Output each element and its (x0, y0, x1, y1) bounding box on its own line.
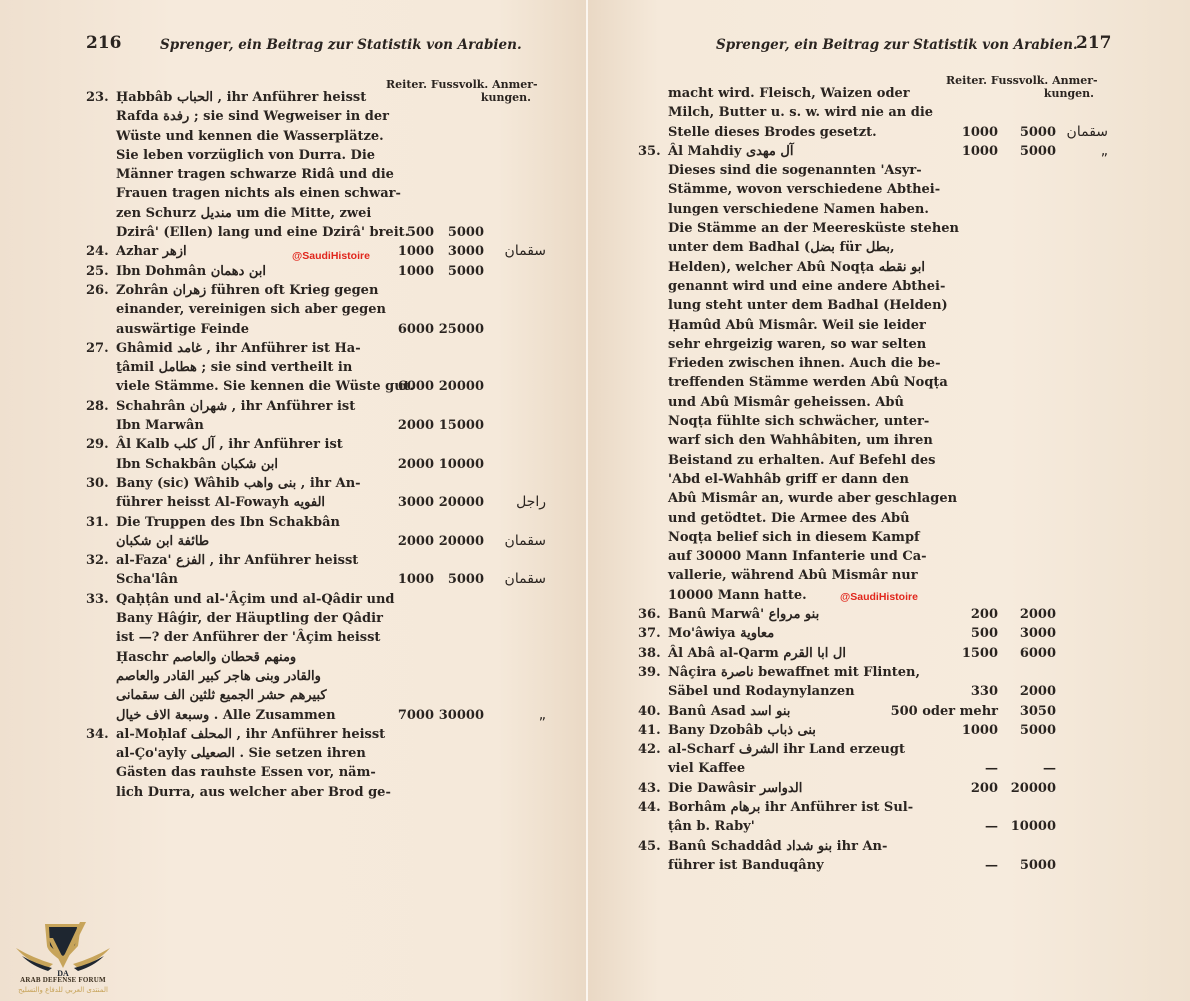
entry-line: Stelle dieses Brodes gesetzt.10005000سقم… (638, 123, 1108, 142)
fussvolk-value: 20000 (439, 532, 484, 551)
entry-line: führer heisst Al-Fowayh الفويه300020000ر… (86, 493, 546, 512)
tribe-entry: 36.Banû Marwâ' بنو مرواع2002000 (638, 605, 1108, 624)
entry-line: 'Abd el-Wahhâb griff er dann den (638, 470, 1108, 489)
anmerkung-value: „ (539, 706, 546, 725)
fussvolk-value: 5000 (1020, 721, 1056, 740)
entry-text: führer heisst Al-Fowayh الفويه (116, 493, 325, 512)
entry-text: al-Scharf الشرف ihr Land erzeugt (668, 740, 905, 759)
tribe-entry: 28.Schahrân شهران , ihr Anführer istIbn … (86, 397, 546, 436)
entry-text: lung steht unter dem Badhal (Helden) (668, 296, 948, 315)
entry-text: und Abû Mismâr geheissen. Abû (668, 393, 904, 412)
tribe-entry: 40.Banû Asad بنو اسد500 oder mehr3050 (638, 702, 1108, 721)
entry-text: Ḥabbâb الحباب , ihr Anführer heisst (116, 88, 366, 107)
entry-line: Scha'lân10005000سقمان (86, 570, 546, 589)
entry-line: 35.Âl Mahdiy آل مهدى10005000„ (638, 142, 1108, 161)
entry-text: lungen verschiedene Namen haben. (668, 200, 929, 219)
entry-number: 40. (638, 702, 666, 721)
entry-number: 29. (86, 435, 114, 454)
entry-text: Mo'âwiya معاوية (668, 624, 774, 643)
entry-line: führer ist Banduqâny—5000 (638, 856, 1108, 875)
entry-text: Dzirâ' (Ellen) lang und eine Dzirâ' brei… (116, 223, 409, 242)
entry-text: والقادر وبنى هاجر كبير القادر والعاصم (116, 667, 321, 686)
tribe-entry: 41.Bany Dzobâb بنى ذباب10005000 (638, 721, 1108, 740)
tribe-entry: 23.Ḥabbâb الحباب , ihr Anführer heisstRa… (86, 88, 546, 242)
fussvolk-value: 6000 (1020, 644, 1056, 663)
fussvolk-value: 3000 (1020, 624, 1056, 643)
entry-line: 40.Banû Asad بنو اسد500 oder mehr3050 (638, 702, 1108, 721)
shield-wings-icon: DA (8, 918, 118, 978)
entry-text: Helden), welcher Abû Noqṭa ابو نقطه (668, 258, 925, 277)
entry-text: genannt wird und eine andere Abthei- (668, 277, 945, 296)
tribe-entry: 29.Âl Kalb آل كلب , ihr Anführer istIbn … (86, 435, 546, 474)
entry-text: Männer tragen schwarze Ridâ und die (116, 165, 394, 184)
entry-line: Beistand zu erhalten. Auf Befehl des (638, 451, 1108, 470)
entry-line: Säbel und Rodaynylanzen3302000 (638, 682, 1108, 701)
tribe-entry: 39.Nâçira ناصرة bewaffnet mit Flinten,Sä… (638, 663, 1108, 702)
entry-line: 44.Borhâm برهام ihr Anführer ist Sul- (638, 798, 1108, 817)
entry-line: Stämme, wovon verschiedene Abthei- (638, 180, 1108, 199)
fussvolk-value: 3050 (1020, 702, 1056, 721)
entry-line: warf sich den Wahhâbiten, um ihren (638, 431, 1108, 450)
tribe-entry: 42.al-Scharf الشرف ihr Land erzeugtviel … (638, 740, 1108, 779)
anmerkung-value: سقمان (505, 570, 546, 589)
entry-text: Stämme, wovon verschiedene Abthei- (668, 180, 940, 199)
reiter-value: 1000 (962, 123, 998, 142)
entry-text: sehr ehrgeizig waren, so war selten (668, 335, 926, 354)
entry-line: ṭân b. Raby'—10000 (638, 817, 1108, 836)
reiter-value: 6000 (398, 320, 434, 339)
entry-number: 39. (638, 663, 666, 682)
entry-line: auswärtige Feinde600025000 (86, 320, 546, 339)
entry-number: 42. (638, 740, 666, 759)
fussvolk-value: 5000 (1020, 123, 1056, 142)
entry-line: 31.Die Truppen des Ibn Schakbân (86, 513, 546, 532)
fussvolk-value: 10000 (439, 455, 484, 474)
fussvolk-value: 25000 (439, 320, 484, 339)
entry-line: 45.Banû Schaddâd بنو شداد ihr An- (638, 837, 1108, 856)
entry-line: 36.Banû Marwâ' بنو مرواع2002000 (638, 605, 1108, 624)
entry-text: und getödtet. Die Armee des Abû (668, 509, 910, 528)
entry-line: al-Ço'ayly الصعيلى . Sie setzen ihren (86, 744, 546, 763)
entry-text: Âl Abâ al-Qarm ال ابا القرم (668, 644, 846, 663)
entry-number: 28. (86, 397, 114, 416)
tribe-list: 23.Ḥabbâb الحباب , ihr Anführer heisstRa… (86, 88, 546, 802)
entry-text: Stelle dieses Brodes gesetzt. (668, 123, 877, 142)
entry-text: Schahrân شهران , ihr Anführer ist (116, 397, 355, 416)
reiter-value: 7000 (398, 706, 434, 725)
entry-text: Ghâmid غامد , ihr Anführer ist Ha- (116, 339, 361, 358)
entry-line: lungen verschiedene Namen haben. (638, 200, 1108, 219)
entry-line: und getödtet. Die Armee des Abû (638, 509, 1108, 528)
entry-text: zen Schurz منديل um die Mitte, zwei (116, 204, 371, 223)
entry-line: viel Kaffee—— (638, 759, 1108, 778)
tribe-entry: 31.Die Truppen des Ibn Schakbânطائفة ابن… (86, 513, 546, 552)
entry-text: Noqṭa belief sich in diesem Kampf (668, 528, 920, 547)
entry-text: treffenden Stämme werden Abû Noqṭa (668, 373, 948, 392)
entry-text: Die Truppen des Ibn Schakbân (116, 513, 340, 532)
fussvolk-value: 3000 (448, 242, 484, 261)
entry-number: 26. (86, 281, 114, 300)
entry-line: auf 30000 Mann Infanterie und Ca- (638, 547, 1108, 566)
tribe-entry: macht wird. Fleisch, Waizen oderMilch, B… (638, 84, 1108, 142)
entry-line: Ibn Marwân200015000 (86, 416, 546, 435)
reiter-value: 330 (971, 682, 998, 701)
entry-text: vallerie, während Abû Mismâr nur (668, 566, 918, 585)
entry-line: Wüste und kennen die Wasserplätze. (86, 127, 546, 146)
reiter-value: — (985, 817, 998, 836)
entry-text: al-Ço'ayly الصعيلى . Sie setzen ihren (116, 744, 366, 763)
entry-line: lich Durra, aus welcher aber Brod ge- (86, 783, 546, 802)
entry-line: والقادر وبنى هاجر كبير القادر والعاصم (86, 667, 546, 686)
entry-number: 43. (638, 779, 666, 798)
fussvolk-value: 2000 (1020, 682, 1056, 701)
entry-line: Rafda رفدة ; sie sind Wegweiser in der (86, 107, 546, 126)
entry-text: Beistand zu erhalten. Auf Befehl des (668, 451, 935, 470)
entry-line: sehr ehrgeizig waren, so war selten (638, 335, 1108, 354)
tribe-entry: 32.al-Faza' الفزع , ihr Anführer heisstS… (86, 551, 546, 590)
entry-line: 38.Âl Abâ al-Qarm ال ابا القرم15006000 (638, 644, 1108, 663)
reiter-value: 1000 (398, 262, 434, 281)
entry-text: ist —? der Anführer der 'Âçim heisst (116, 628, 380, 647)
tribe-entry: 26.Zohrân زهران führen oft Krieg gegenei… (86, 281, 546, 339)
entry-number: 25. (86, 262, 114, 281)
entry-text: Frauen tragen nichts als einen schwar- (116, 184, 401, 203)
entry-line: 25.Ibn Dohmân ابن دهمان10005000 (86, 262, 546, 281)
tribe-entry: 30.Bany (sic) Wâhib بنى واهب , ihr An-fü… (86, 474, 546, 513)
entry-line: طائفة ابن شكبان200020000سقمان (86, 532, 546, 551)
tribe-list: macht wird. Fleisch, Waizen oderMilch, B… (638, 84, 1108, 875)
entry-number: 41. (638, 721, 666, 740)
entry-text: lich Durra, aus welcher aber Brod ge- (116, 783, 391, 802)
reiter-value: 1500 (962, 644, 998, 663)
entry-line: ṯâmil هطامل ; sie sind vertheilt in (86, 358, 546, 377)
entry-text: führer ist Banduqâny (668, 856, 824, 875)
reiter-value: 200 (971, 605, 998, 624)
tribe-entry: 34.al-Moḥlaf المحلف , ihr Anführer heiss… (86, 725, 546, 802)
entry-line: Frieden zwischen ihnen. Auch die be- (638, 354, 1108, 373)
entry-text: Azhar ازهر (116, 242, 187, 261)
entry-text: Wüste und kennen die Wasserplätze. (116, 127, 384, 146)
entry-text: Milch, Butter u. s. w. wird nie an die (668, 103, 933, 122)
entry-text: Die Dawâsir الدواسر (668, 779, 802, 798)
reiter-value: 500 (971, 624, 998, 643)
entry-line: Abû Mismâr an, wurde aber geschlagen (638, 489, 1108, 508)
entry-line: lung steht unter dem Badhal (Helden) (638, 296, 1108, 315)
entry-line: Ibn Schakbân ابن شكبان200010000 (86, 455, 546, 474)
entry-text: Borhâm برهام ihr Anführer ist Sul- (668, 798, 913, 817)
entry-line: Gästen das rauhste Essen vor, näm- (86, 763, 546, 782)
running-title: Sprenger, ein Beitrag zur Statistik von … (716, 37, 1078, 53)
entry-text: Qaḥṭân und al-'Âçim und al-Qâdir und (116, 590, 395, 609)
entry-line: unter dem Badhal (بضل für بطل, (638, 238, 1108, 257)
right-page: Sprenger, ein Beitrag zur Statistik von … (586, 0, 1190, 1001)
tribe-entry: 44.Borhâm برهام ihr Anführer ist Sul-ṭân… (638, 798, 1108, 837)
tribe-entry: 33.Qaḥṭân und al-'Âçim und al-Qâdir undB… (86, 590, 546, 725)
page-number: 217 (1076, 33, 1112, 53)
fussvolk-value: 20000 (439, 377, 484, 396)
gutter (586, 0, 588, 1001)
tribe-entry: 45.Banû Schaddâd بنو شداد ihr An-führer … (638, 837, 1108, 876)
reiter-value: 6000 (398, 377, 434, 396)
reiter-value: 500 oder mehr (891, 702, 998, 721)
entry-line: genannt wird und eine andere Abthei- (638, 277, 1108, 296)
entry-text: Säbel und Rodaynylanzen (668, 682, 855, 701)
entry-line: 27.Ghâmid غامد , ihr Anführer ist Ha- (86, 339, 546, 358)
entry-text: ṭân b. Raby' (668, 817, 755, 836)
tribe-entry: 27.Ghâmid غامد , ihr Anführer ist Ha-ṯâm… (86, 339, 546, 397)
left-page: 216 Sprenger, ein Beitrag zur Statistik … (0, 0, 586, 1001)
logo-name-ar: المنتدى العربي للدفاع والتسليح (8, 986, 118, 994)
entry-line: 30.Bany (sic) Wâhib بنى واهب , ihr An- (86, 474, 546, 493)
entry-line: Männer tragen schwarze Ridâ und die (86, 165, 546, 184)
running-title: Sprenger, ein Beitrag zur Statistik von … (160, 37, 522, 53)
entry-text: viele Stämme. Sie kennen die Wüste gut. (116, 377, 414, 396)
entry-line: 42.al-Scharf الشرف ihr Land erzeugt (638, 740, 1108, 759)
entry-line: Bany Hâǵir, der Häuptling der Qâdir (86, 609, 546, 628)
fussvolk-value: 5000 (1020, 856, 1056, 875)
entry-text: Banû Schaddâd بنو شداد ihr An- (668, 837, 887, 856)
tribe-entry: 35.Âl Mahdiy آل مهدى10005000„Dieses sind… (638, 142, 1108, 605)
entry-text: al-Faza' الفزع , ihr Anführer heisst (116, 551, 358, 570)
entry-text: 10000 Mann hatte. (668, 586, 807, 605)
entry-text: Bany Hâǵir, der Häuptling der Qâdir (116, 609, 383, 628)
entry-line: Ḥaschr ومنهم قحطان والعاصم (86, 648, 546, 667)
fussvolk-value: 20000 (1011, 779, 1056, 798)
entry-line: einander, vereinigen sich aber gegen (86, 300, 546, 319)
anmerkung-value: „ (1101, 142, 1108, 161)
fussvolk-value: 2000 (1020, 605, 1056, 624)
entry-text: al-Moḥlaf المحلف , ihr Anführer heisst (116, 725, 385, 744)
entry-number: 35. (638, 142, 666, 161)
entry-number: 44. (638, 798, 666, 817)
entry-number: 27. (86, 339, 114, 358)
reiter-value: 1000 (962, 142, 998, 161)
entry-line: 28.Schahrân شهران , ihr Anführer ist (86, 397, 546, 416)
entry-line: viele Stämme. Sie kennen die Wüste gut.6… (86, 377, 546, 396)
anmerkung-value: سقمان (1067, 123, 1108, 142)
fussvolk-value: 30000 (439, 706, 484, 725)
entry-text: Banû Marwâ' بنو مرواع (668, 605, 819, 624)
anmerkung-value: راجل (516, 493, 546, 512)
entry-text: Scha'lân (116, 570, 178, 589)
entry-text: Ḥamûd Abû Mismâr. Weil sie leider (668, 316, 926, 335)
entry-line: وسبعة الاف خيال . Alle Zusammen700030000… (86, 706, 546, 725)
tribe-entry: 38.Âl Abâ al-Qarm ال ابا القرم15006000 (638, 644, 1108, 663)
entry-line: Noqṭa fühlte sich schwächer, unter- (638, 412, 1108, 431)
fussvolk-value: 5000 (448, 570, 484, 589)
entry-text: Die Stämme an der Meeresküste stehen (668, 219, 959, 238)
entry-line: vallerie, während Abû Mismâr nur (638, 566, 1108, 585)
entry-number: 23. (86, 88, 114, 107)
tribe-entry: 37.Mo'âwiya معاوية5003000 (638, 624, 1108, 643)
entry-line: 37.Mo'âwiya معاوية5003000 (638, 624, 1108, 643)
entry-number: 45. (638, 837, 666, 856)
entry-line: 43.Die Dawâsir الدواسر20020000 (638, 779, 1108, 798)
page-number: 216 (86, 33, 122, 53)
entry-text: auf 30000 Mann Infanterie und Ca- (668, 547, 927, 566)
entry-text: Dieses sind die sogenannten 'Asyr- (668, 161, 922, 180)
entry-line: zen Schurz منديل um die Mitte, zwei (86, 204, 546, 223)
entry-line: 34.al-Moḥlaf المحلف , ihr Anführer heiss… (86, 725, 546, 744)
entry-text: warf sich den Wahhâbiten, um ihren (668, 431, 933, 450)
entry-line: Dieses sind die sogenannten 'Asyr- (638, 161, 1108, 180)
entry-line: Frauen tragen nichts als einen schwar- (86, 184, 546, 203)
entry-number: 24. (86, 242, 114, 261)
entry-number: 36. (638, 605, 666, 624)
entry-number: 34. (86, 725, 114, 744)
reiter-value: 1000 (398, 242, 434, 261)
reiter-value: 1000 (962, 721, 998, 740)
tribe-entry: 43.Die Dawâsir الدواسر20020000 (638, 779, 1108, 798)
fussvolk-value: 5000 (1020, 142, 1056, 161)
logo-name-en: ARAB DEFENSE FORUM (8, 976, 118, 984)
entry-text: einander, vereinigen sich aber gegen (116, 300, 386, 319)
entry-line: Helden), welcher Abû Noqṭa ابو نقطه (638, 258, 1108, 277)
entry-text: Zohrân زهران führen oft Krieg gegen (116, 281, 378, 300)
reiter-value: 500 (407, 223, 434, 242)
entry-text: auswärtige Feinde (116, 320, 249, 339)
entry-text: Gästen das rauhste Essen vor, näm- (116, 763, 376, 782)
entry-text: macht wird. Fleisch, Waizen oder (668, 84, 910, 103)
entry-text: Bany (sic) Wâhib بنى واهب , ihr An- (116, 474, 361, 493)
entry-line: ist —? der Anführer der 'Âçim heisst (86, 628, 546, 647)
reiter-value: 2000 (398, 455, 434, 474)
entry-text: ṯâmil هطامل ; sie sind vertheilt in (116, 358, 352, 377)
entry-text: Âl Mahdiy آل مهدى (668, 142, 793, 161)
book-spread: 216 Sprenger, ein Beitrag zur Statistik … (0, 0, 1190, 1001)
entry-line: 41.Bany Dzobâb بنى ذباب10005000 (638, 721, 1108, 740)
entry-text: Ḥaschr ومنهم قحطان والعاصم (116, 648, 296, 667)
forum-logo: DA ARAB DEFENSE FORUM المنتدى العربي للد… (8, 918, 118, 1000)
anmerkung-value: سقمان (505, 532, 546, 551)
fussvolk-value: 5000 (448, 262, 484, 281)
entry-text: 'Abd el-Wahhâb griff er dann den (668, 470, 909, 489)
entry-text: viel Kaffee (668, 759, 745, 778)
entry-number: 32. (86, 551, 114, 570)
entry-text: Frieden zwischen ihnen. Auch die be- (668, 354, 940, 373)
entry-line: 32.al-Faza' الفزع , ihr Anführer heisst (86, 551, 546, 570)
entry-text: كبيرهم حشر الجميع ثلثين الف سقمانى (116, 686, 327, 705)
entry-line: Dzirâ' (Ellen) lang und eine Dzirâ' brei… (86, 223, 546, 242)
entry-line: Die Stämme an der Meeresküste stehen (638, 219, 1108, 238)
reiter-value: — (985, 759, 998, 778)
entry-text: Bany Dzobâb بنى ذباب (668, 721, 816, 740)
entry-number: 38. (638, 644, 666, 663)
entry-text: unter dem Badhal (بضل für بطل, (668, 238, 895, 257)
entry-line: treffenden Stämme werden Abû Noqṭa (638, 373, 1108, 392)
reiter-value: 2000 (398, 532, 434, 551)
reiter-value: 2000 (398, 416, 434, 435)
entry-text: Abû Mismâr an, wurde aber geschlagen (668, 489, 957, 508)
entry-line: 26.Zohrân زهران führen oft Krieg gegen (86, 281, 546, 300)
entry-line: كبيرهم حشر الجميع ثلثين الف سقمانى (86, 686, 546, 705)
fussvolk-value: 10000 (1011, 817, 1056, 836)
entry-text: وسبعة الاف خيال . Alle Zusammen (116, 706, 336, 725)
entry-text: Ibn Marwân (116, 416, 204, 435)
entry-text: Ibn Schakbân ابن شكبان (116, 455, 278, 474)
entry-text: طائفة ابن شكبان (116, 532, 209, 551)
entry-line: 39.Nâçira ناصرة bewaffnet mit Flinten, (638, 663, 1108, 682)
entry-text: Âl Kalb آل كلب , ihr Anführer ist (116, 435, 343, 454)
entry-line: und Abû Mismâr geheissen. Abû (638, 393, 1108, 412)
entry-text: Banû Asad بنو اسد (668, 702, 790, 721)
watermark: @SaudiHistoire (840, 591, 918, 603)
entry-line: Ḥamûd Abû Mismâr. Weil sie leider (638, 316, 1108, 335)
entry-line: Milch, Butter u. s. w. wird nie an die (638, 103, 1108, 122)
entry-text: Nâçira ناصرة bewaffnet mit Flinten, (668, 663, 920, 682)
entry-line: 29.Âl Kalb آل كلب , ihr Anführer ist (86, 435, 546, 454)
entry-line: 33.Qaḥṭân und al-'Âçim und al-Qâdir und (86, 590, 546, 609)
entry-line: Noqṭa belief sich in diesem Kampf (638, 528, 1108, 547)
entry-text: Sie leben vorzüglich von Durra. Die (116, 146, 375, 165)
fussvolk-value: 15000 (439, 416, 484, 435)
entry-text: Rafda رفدة ; sie sind Wegweiser in der (116, 107, 389, 126)
reiter-value: 200 (971, 779, 998, 798)
watermark: @SaudiHistoire (292, 250, 370, 262)
entry-text: Ibn Dohmân ابن دهمان (116, 262, 266, 281)
reiter-value: — (985, 856, 998, 875)
fussvolk-value: — (1043, 759, 1056, 778)
entry-number: 37. (638, 624, 666, 643)
entry-line: Sie leben vorzüglich von Durra. Die (86, 146, 546, 165)
fussvolk-value: 5000 (448, 223, 484, 242)
anmerkung-value: سقمان (505, 242, 546, 261)
entry-text: Noqṭa fühlte sich schwächer, unter- (668, 412, 929, 431)
reiter-value: 3000 (398, 493, 434, 512)
reiter-value: 1000 (398, 570, 434, 589)
entry-number: 30. (86, 474, 114, 493)
entry-number: 33. (86, 590, 114, 609)
fussvolk-value: 20000 (439, 493, 484, 512)
entry-number: 31. (86, 513, 114, 532)
tribe-entry: 25.Ibn Dohmân ابن دهمان10005000 (86, 262, 546, 281)
entry-line: macht wird. Fleisch, Waizen oder (638, 84, 1108, 103)
entry-line: 23.Ḥabbâb الحباب , ihr Anführer heisst (86, 88, 546, 107)
